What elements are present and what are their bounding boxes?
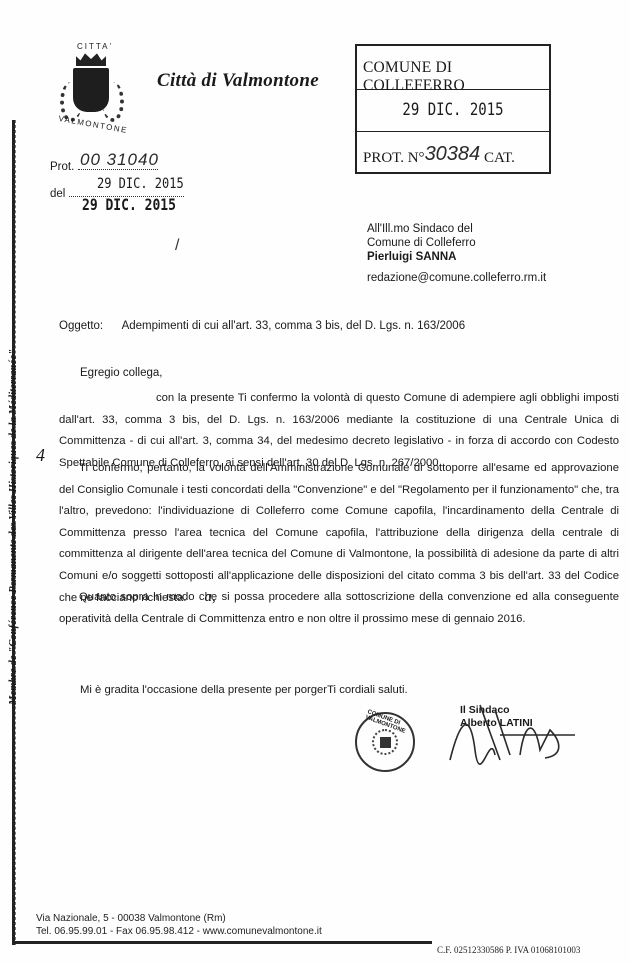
greeting: Egregio collega,	[80, 367, 162, 379]
seal-inner-ring	[372, 729, 398, 755]
membership-text: Membre de "Conférence Permanente des Vil…	[8, 349, 19, 705]
wreath-right-icon	[102, 82, 124, 122]
protocol-number-handwritten: 00 31040	[80, 150, 159, 170]
official-seal: COMUNE DI VALMONTONE	[355, 712, 415, 772]
addressee-name: Pierluigi SANNA	[367, 250, 476, 264]
footer-fiscal-codes: C.F. 02512330586 P. IVA 01068101003	[437, 945, 580, 955]
city-name-heading: Città di Valmontone	[157, 70, 319, 92]
addressee-line-2: Comune di Colleferro	[367, 236, 476, 250]
subject-line: Oggetto: Adempimenti di cui all'art. 33,…	[59, 320, 465, 332]
footer-address-block: Via Nazionale, 5 - 00038 Valmontone (Rm)…	[36, 912, 322, 938]
bottom-border-rule	[12, 941, 432, 944]
subject-label: Oggetto:	[59, 320, 119, 332]
received-stamp-date-row: 29 DIC. 2015	[357, 90, 549, 132]
received-stamp: COMUNE DI COLLEFERRO 29 DIC. 2015 PROT. …	[355, 44, 551, 174]
handwritten-mark-4: 4	[36, 445, 45, 466]
protocol-label: Prot.	[50, 161, 74, 173]
city-crest-logo: CITTA' VALMONTONE	[54, 42, 130, 152]
paragraph-4: Mi è gradita l'occasione della presente …	[80, 680, 480, 702]
paragraph-2-text: Ti confermo, pertanto, la volontà dell'A…	[59, 462, 619, 604]
addressee-email: redazione@comune.colleferro.rm.it	[367, 272, 546, 284]
received-stamp-cat-label: CAT.	[484, 150, 515, 166]
handwritten-signature-icon	[440, 700, 580, 770]
crest-top-text: CITTA'	[77, 42, 113, 51]
subject-text: Adempimenti di cui all'art. 33, comma 3 …	[122, 320, 466, 332]
footer-address: Via Nazionale, 5 - 00038 Valmontone (Rm)	[36, 912, 322, 925]
addressee-block: All'Ill.mo Sindaco del Comune di Collefe…	[367, 222, 476, 264]
received-stamp-protocol: PROT. N°30384 CAT.	[363, 145, 515, 168]
received-stamp-prot-label: PROT. N°	[363, 150, 425, 166]
footer-contacts: Tel. 06.95.99.01 - Fax 06.95.98.412 - ww…	[36, 925, 322, 938]
received-stamp-date: 29 DIC. 2015	[357, 100, 549, 119]
paragraph-3: Quanto sopra in modo che si possa proced…	[59, 587, 619, 630]
pen-mark: /	[175, 237, 179, 255]
date-label: del	[50, 188, 65, 200]
received-stamp-protocol-row: PROT. N°30384 CAT.	[357, 132, 549, 172]
seal-crest-icon	[380, 737, 391, 748]
received-stamp-title-row: COMUNE DI COLLEFERRO	[357, 46, 549, 90]
received-stamp-prot-number: 30384	[425, 143, 481, 165]
crown-icon	[76, 52, 106, 66]
date-stamp: 29 DIC. 2015	[82, 196, 176, 215]
addressee-line-1: All'Ill.mo Sindaco del	[367, 222, 476, 236]
